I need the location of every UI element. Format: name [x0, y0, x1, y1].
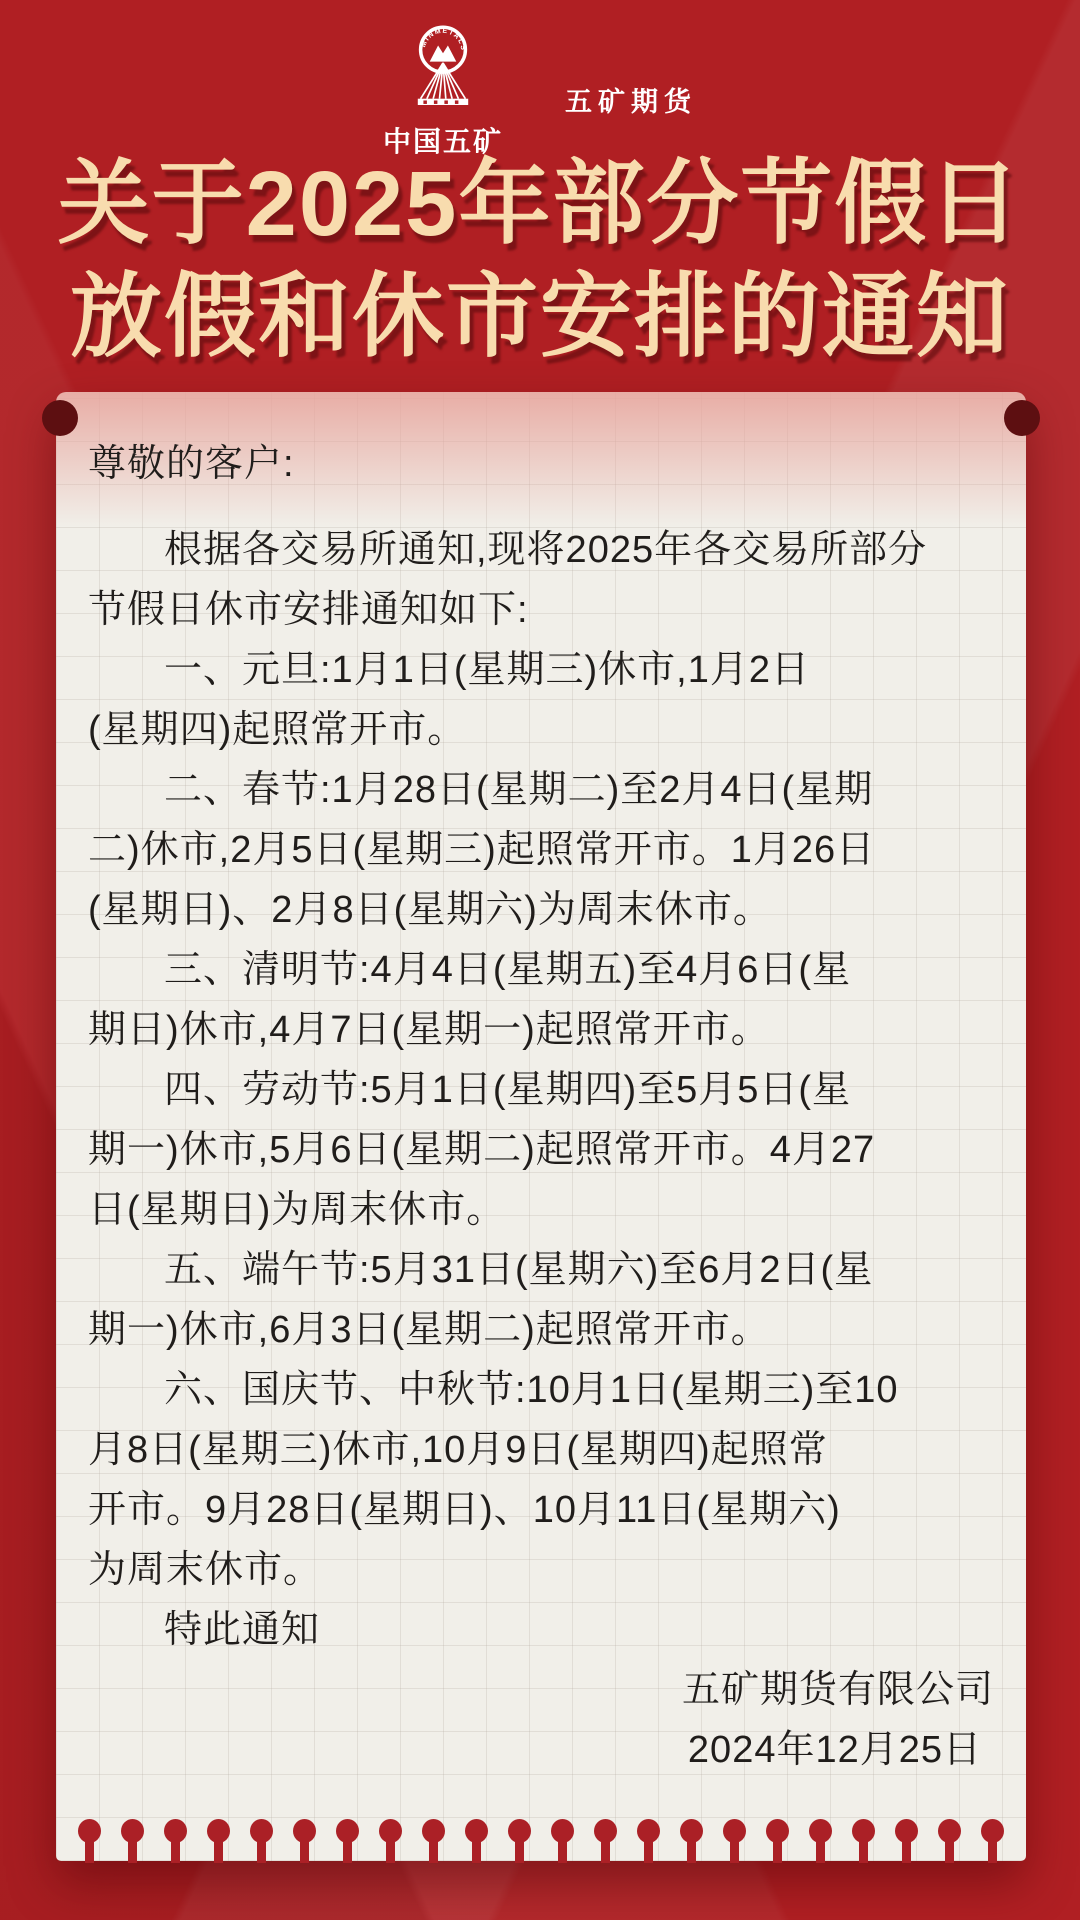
- perforation-pin: [250, 1819, 273, 1863]
- page-title-line1: 关于2025年部分节假日: [0, 148, 1080, 261]
- notice-line: 期一)休市,6月3日(星期二)起照常开市。: [88, 1300, 994, 1360]
- brand-header: MINMETALS: [0, 24, 1080, 160]
- notice-line: 期日)休市,4月7日(星期一)起照常开市。: [88, 1000, 994, 1060]
- notice-line: 二、春节:1月28日(星期二)至2月4日(星期: [88, 760, 994, 820]
- notice-body: 尊敬的客户: 根据各交易所通知,现将2025年各交易所部分 节假日休市安排通知如…: [88, 434, 994, 1780]
- minmetals-logo-icon: MINMETALS: [408, 24, 478, 116]
- notice-date: 2024年12月25日: [88, 1720, 994, 1780]
- notice-line: 期一)休市,5月6日(星期二)起照常开市。4月27: [88, 1120, 994, 1180]
- notice-card: 尊敬的客户: 根据各交易所通知,现将2025年各交易所部分 节假日休市安排通知如…: [56, 392, 1026, 1861]
- notice-line: 二)休市,2月5日(星期三)起照常开市。1月26日: [88, 820, 994, 880]
- perforation-pin: [121, 1819, 144, 1863]
- perforation-pin: [938, 1819, 961, 1863]
- perforation-pin: [637, 1819, 660, 1863]
- notice-line: (星期日)、2月8日(星期六)为周末休市。: [88, 880, 994, 940]
- perforation-pin: [422, 1819, 445, 1863]
- minmetals-logo-block: MINMETALS: [383, 24, 503, 160]
- notice-signature: 五矿期货有限公司: [88, 1660, 994, 1720]
- perforation-pin: [379, 1819, 402, 1863]
- notice-line: 根据各交易所通知,现将2025年各交易所部分: [88, 520, 994, 580]
- punch-notch-right: [1004, 400, 1040, 436]
- perforation-pin: [723, 1819, 746, 1863]
- perforation-row: [78, 1819, 1004, 1863]
- perforation-pin: [551, 1819, 574, 1863]
- notice-closing: 特此通知: [88, 1600, 994, 1660]
- perforation-pin: [895, 1819, 918, 1863]
- page-title: 关于2025年部分节假日 放假和休市安排的通知: [0, 148, 1080, 374]
- notice-line: 一、元旦:1月1日(星期三)休市,1月2日: [88, 640, 994, 700]
- page-title-line2: 放假和休市安排的通知: [0, 261, 1080, 374]
- punch-notch-left: [42, 400, 78, 436]
- notice-line: 日(星期日)为周末休市。: [88, 1180, 994, 1240]
- perforation-pin: [78, 1819, 101, 1863]
- notice-line: 六、国庆节、中秋节:10月1日(星期三)至10: [88, 1360, 994, 1420]
- notice-line: 月8日(星期三)休市,10月9日(星期四)起照常: [88, 1420, 994, 1480]
- perforation-pin: [594, 1819, 617, 1863]
- perforation-pin: [809, 1819, 832, 1863]
- notice-line: (星期四)起照常开市。: [88, 700, 994, 760]
- notice-line: 五、端午节:5月31日(星期六)至6月2日(星: [88, 1240, 994, 1300]
- perforation-pin: [336, 1819, 359, 1863]
- notice-line: 为周末休市。: [88, 1540, 994, 1600]
- perforation-pin: [852, 1819, 875, 1863]
- notice-salutation: 尊敬的客户:: [88, 434, 994, 494]
- svg-text:MINMETALS: MINMETALS: [420, 28, 466, 52]
- notice-line: 四、劳动节:5月1日(星期四)至5月5日(星: [88, 1060, 994, 1120]
- perforation-pin: [981, 1819, 1004, 1863]
- notice-line: 三、清明节:4月4日(星期五)至4月6日(星: [88, 940, 994, 1000]
- holiday-notice-poster: MINMETALS: [0, 0, 1080, 1920]
- perforation-pin: [766, 1819, 789, 1863]
- notice-line: 节假日休市安排通知如下:: [88, 580, 994, 640]
- logo-arc-text: MINMETALS: [420, 28, 466, 52]
- perforation-pin: [508, 1819, 531, 1863]
- notice-line: 开市。9月28日(星期日)、10月11日(星期六): [88, 1480, 994, 1540]
- perforation-pin: [680, 1819, 703, 1863]
- perforation-pin: [207, 1819, 230, 1863]
- perforation-pin: [293, 1819, 316, 1863]
- brand-name: 五矿期货: [565, 80, 697, 119]
- perforation-pin: [164, 1819, 187, 1863]
- perforation-pin: [465, 1819, 488, 1863]
